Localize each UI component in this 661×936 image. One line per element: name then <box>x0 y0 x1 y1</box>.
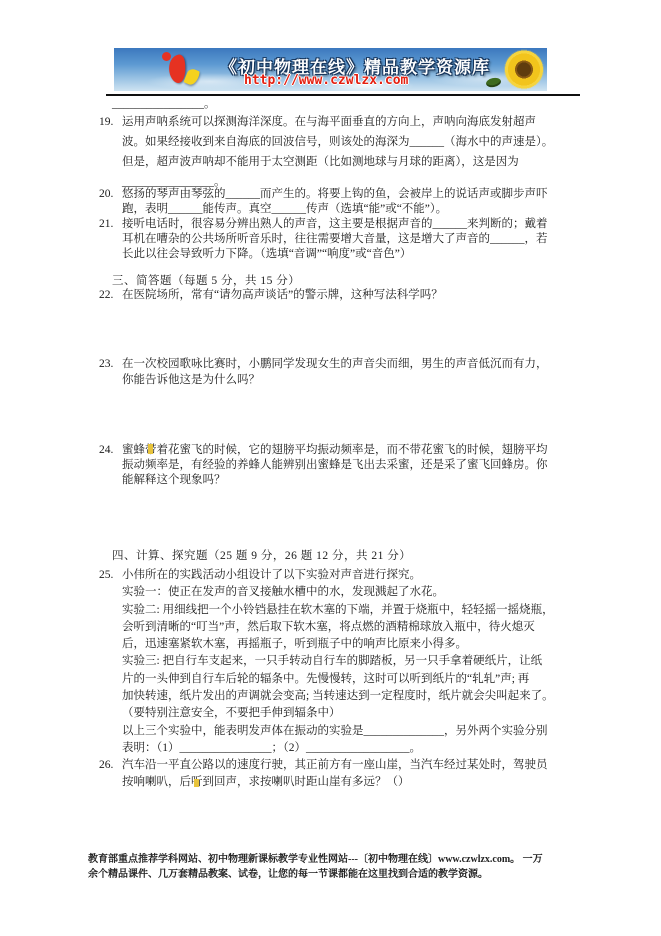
question-line: 以上三个实验中，能表明发声体在振动的实验是______________，另外两个… <box>122 723 554 740</box>
question-line: 在一次校园歌咏比赛时，小鹏同学发现女生的声音尖而细，男生的声音低沉而有力， <box>122 356 548 372</box>
question-line: 实验三: 把自行车支起来，一只手转动自行车的脚踏板，另一只手拿着硬纸片，让纸 <box>122 653 554 670</box>
sunflower-icon <box>503 49 545 90</box>
footer-promo: 教育部重点推荐学科网站、初中物理新课标教学专业性网站---〔初中物理在线〕www… <box>88 852 588 882</box>
question-line: 悠扬的琴声由琴弦的______而产生的。将要上钩的鱼，会被岸上的说话声或脚步声吓 <box>122 187 548 202</box>
highlight-mark <box>148 444 153 454</box>
question-18-tail-blank: ________________。 <box>112 95 216 111</box>
question-19: 19. 运用声呐系统可以探测海洋深度。在与海平面垂直的方向上，声呐向海底发射超声… <box>99 112 553 192</box>
question-20: 20. 悠扬的琴声由琴弦的______而产生的。将要上钩的鱼，会被岸上的说话声或… <box>99 187 548 217</box>
highlight-mark <box>194 779 199 787</box>
question-line: 跑，表明______能传声。真空______传声（选填“能”或“不能”）。 <box>122 202 548 217</box>
question-line: 你能告诉他这是为什么吗？ <box>122 372 548 388</box>
question-24: 24. 蜜蜂带着花蜜飞的时候，它的翅膀平均振动频率是，而不带花蜜飞的时候，翅膀平… <box>99 443 548 488</box>
question-line: 加快转速，纸片发出的声调就会变高; 当转速达到一定程度时，纸片就会尖叫起来了。 <box>122 688 554 705</box>
question-23: 23. 在一次校园歌咏比赛时，小鹏同学发现女生的声音尖而细，男生的声音低沉而有力… <box>99 356 548 388</box>
question-number: 21. <box>99 217 113 232</box>
question-line: 接听电话时，很容易分辨出熟人的声音，这主要是根据声音的______来判断的；戴着 <box>122 217 548 232</box>
question-line: 运用声呐系统可以探测海洋深度。在与海平面垂直的方向上，声呐向海底发射超声 <box>122 112 553 132</box>
section-3-header: 三、简答题（每题 5 分，共 15 分） <box>112 272 300 288</box>
question-line: 实验一：使正在发声的音叉接触水槽中的水，发现溅起了水花。 <box>122 584 554 601</box>
question-line: 实验二: 用细线把一个小铃铛悬挂在软木塞的下端，并置于烧瓶中，轻轻摇一摇烧瓶， <box>122 602 554 619</box>
question-26: 26. 汽车沿一平直公路以的速度行驶，其正前方有一座山崖，当汽车经过某处时，驾驶… <box>99 757 548 791</box>
question-21: 21. 接听电话时，很容易分辨出熟人的声音，这主要是根据声音的______来判断… <box>99 217 548 262</box>
question-line: 片的一头伸到自行车后轮的辐条中。先慢慢转，这时可以听到纸片的“轧轧”声; 再 <box>122 671 554 688</box>
question-blank-line: 表明：（1）________________；（2）______________… <box>122 740 554 757</box>
question-line: （要特别注意安全，不要把手伸到辐条中） <box>122 705 554 722</box>
logo-flame-dot <box>162 52 171 61</box>
banner-url: http://www.czwlzx.com <box>244 73 408 88</box>
logo-leaf-icon <box>183 67 200 86</box>
question-line: 波。如果经接收到来自海底的回波信号，则该处的海深为______（海水中的声速是）… <box>122 132 553 152</box>
question-line: 蜜蜂带着花蜜飞的时候，它的翅膀平均振动频率是，而不带花蜜飞的时候，翅膀平均 <box>122 443 548 458</box>
question-line: 按响喇叭，后听到回声，求按喇叭时距山崖有多远？（） <box>122 774 548 791</box>
question-number: 24. <box>99 443 113 458</box>
question-22: 22. 在医院场所，常有“请勿高声谈话”的警示牌，这种写法科学吗？ <box>99 288 443 303</box>
footer-line: 余个精品课件、几万套精品教案、试卷，让您的每一节课都能在这里找到合适的教学资源。 <box>88 867 588 882</box>
question-line: 后，迅速塞紧软木塞，再摇瓶子，听到瓶子中的响声比原来小得多。 <box>122 636 554 653</box>
question-line: 在医院场所，常有“请勿高声谈话”的警示牌，这种写法科学吗？ <box>122 288 443 303</box>
question-25: 25. 小伟所在的实践活动小组设计了以下实验对声音进行探究。 实验一：使正在发声… <box>99 567 554 757</box>
question-number: 20. <box>99 187 113 202</box>
question-number: 23. <box>99 356 113 372</box>
header-banner: 《初中物理在线》精品教学资源库 http://www.czwlzx.com <box>114 48 547 91</box>
question-number: 25. <box>99 567 113 584</box>
question-number: 22. <box>99 288 113 303</box>
question-number: 19. <box>99 112 113 132</box>
question-number: 26. <box>99 757 113 774</box>
question-line: 小伟所在的实践活动小组设计了以下实验对声音进行探究。 <box>122 567 554 584</box>
site-logo-icon <box>160 52 208 89</box>
document-page: 《初中物理在线》精品教学资源库 http://www.czwlzx.com __… <box>0 0 661 936</box>
question-line: 但是，超声波声呐却不能用于太空测距（比如测地球与月球的距离），这是因为 <box>122 152 553 172</box>
section-4-header: 四、计算、探究题（25 题 9 分，26 题 12 分，共 21 分） <box>112 547 411 563</box>
footer-line: 教育部重点推荐学科网站、初中物理新课标教学专业性网站---〔初中物理在线〕www… <box>88 852 588 867</box>
question-line: 能解释这个现象吗？ <box>122 473 548 488</box>
leaf-icon <box>485 77 502 89</box>
question-line: 长此以往会导致听力下降。（选填“音调”“响度”或“音色”） <box>122 247 548 262</box>
question-line: 汽车沿一平直公路以的速度行驶，其正前方有一座山崖，当汽车经过某处时，驾驶员 <box>122 757 548 774</box>
question-line: 振动频率是，有经验的养蜂人能辨别出蜜蜂是飞出去采蜜，还是采了蜜飞回蜂房。你 <box>122 458 548 473</box>
question-line: 耳机在嘈杂的公共场所听音乐时，往往需要增大音量，这是增大了声音的______，若 <box>122 232 548 247</box>
question-line: 会听到清晰的“叮当”声，然后取下软木塞，将点燃的酒精棉球放入瓶中，待火熄灭 <box>122 619 554 636</box>
